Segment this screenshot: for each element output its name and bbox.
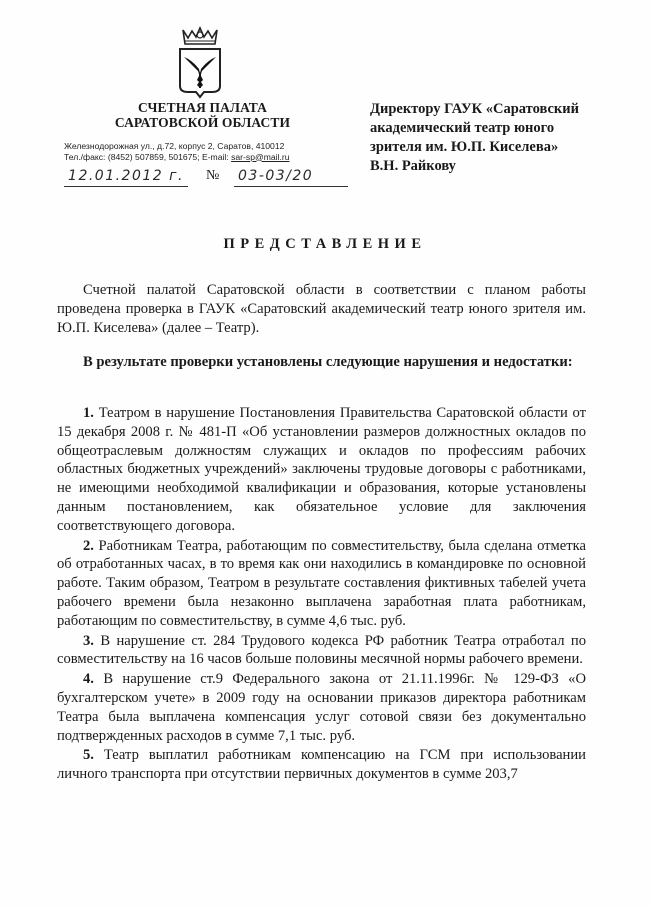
addressee-block: Директору ГАУК «Саратовский академически… bbox=[370, 100, 640, 176]
finding-number: 3. bbox=[83, 633, 94, 649]
document-title: ПРЕДСТАВЛЕНИЕ bbox=[0, 236, 650, 253]
addressee-line1: Директору ГАУК «Саратовский bbox=[370, 100, 640, 119]
org-name-line1: СЧЕТНАЯ ПАЛАТА bbox=[80, 100, 325, 115]
document-page: СЧЕТНАЯ ПАЛАТА САРАТОВСКОЙ ОБЛАСТИ Желез… bbox=[0, 0, 650, 908]
org-email-link[interactable]: sar-sp@mail.ru bbox=[231, 152, 289, 162]
finding-text: Театром в нарушение Постановления Правит… bbox=[57, 405, 586, 534]
org-name-line2: САРАТОВСКОЙ ОБЛАСТИ bbox=[80, 115, 325, 130]
finding-item-5: 5. Театр выплатил работникам компенсацию… bbox=[57, 746, 586, 784]
intro-paragraph: Счетной палатой Саратовской области в со… bbox=[57, 281, 586, 337]
finding-text: Работникам Театра, работающим по совмест… bbox=[57, 538, 586, 629]
finding-number: 2. bbox=[83, 538, 94, 554]
saratov-coat-of-arms-icon bbox=[172, 24, 228, 100]
addressee-line2: академический театр юного bbox=[370, 119, 640, 138]
finding-text: В нарушение ст.9 Федерального закона от … bbox=[57, 671, 586, 743]
finding-number: 5. bbox=[83, 747, 94, 763]
findings-heading-section: В результате проверки установлены следую… bbox=[57, 353, 586, 372]
finding-item-3: 3. В нарушение ст. 284 Трудового кодекса… bbox=[57, 632, 586, 670]
finding-item-1: 1. Театром в нарушение Постановления Пра… bbox=[57, 404, 586, 536]
findings-heading: В результате проверки установлены следую… bbox=[57, 353, 586, 372]
org-address: Железнодорожная ул., д.72, корпус 2, Сар… bbox=[64, 141, 354, 152]
org-phone-line: Тел./факс: (8452) 507859, 501675; E-mail… bbox=[64, 152, 354, 163]
registration-number: 03-03/20 bbox=[234, 167, 348, 187]
finding-text: В нарушение ст. 284 Трудового кодекса РФ… bbox=[57, 633, 586, 668]
organization-name: СЧЕТНАЯ ПАЛАТА САРАТОВСКОЙ ОБЛАСТИ bbox=[80, 100, 325, 130]
registration-date: 12.01.2012 г. bbox=[64, 167, 188, 187]
registration-number-label: № bbox=[206, 168, 219, 184]
registration-line: 12.01.2012 г. № 03-03/20 bbox=[64, 165, 354, 189]
finding-number: 1. bbox=[83, 405, 94, 421]
finding-text: Театр выплатил работникам компенсацию на… bbox=[57, 747, 586, 782]
finding-item-2: 2. Работникам Театра, работающим по совм… bbox=[57, 537, 586, 631]
findings-list: 1. Театром в нарушение Постановления Пра… bbox=[57, 404, 586, 785]
org-phone: Тел./факс: (8452) 507859, 501675; E-mail… bbox=[64, 152, 231, 162]
finding-item-4: 4. В нарушение ст.9 Федерального закона … bbox=[57, 670, 586, 745]
intro-section: Счетной палатой Саратовской области в со… bbox=[57, 281, 586, 337]
addressee-line4: В.Н. Райкову bbox=[370, 157, 640, 176]
addressee-line3: зрителя им. Ю.П. Киселева» bbox=[370, 138, 640, 157]
finding-number: 4. bbox=[83, 671, 94, 687]
organization-contacts: Железнодорожная ул., д.72, корпус 2, Сар… bbox=[64, 141, 354, 162]
